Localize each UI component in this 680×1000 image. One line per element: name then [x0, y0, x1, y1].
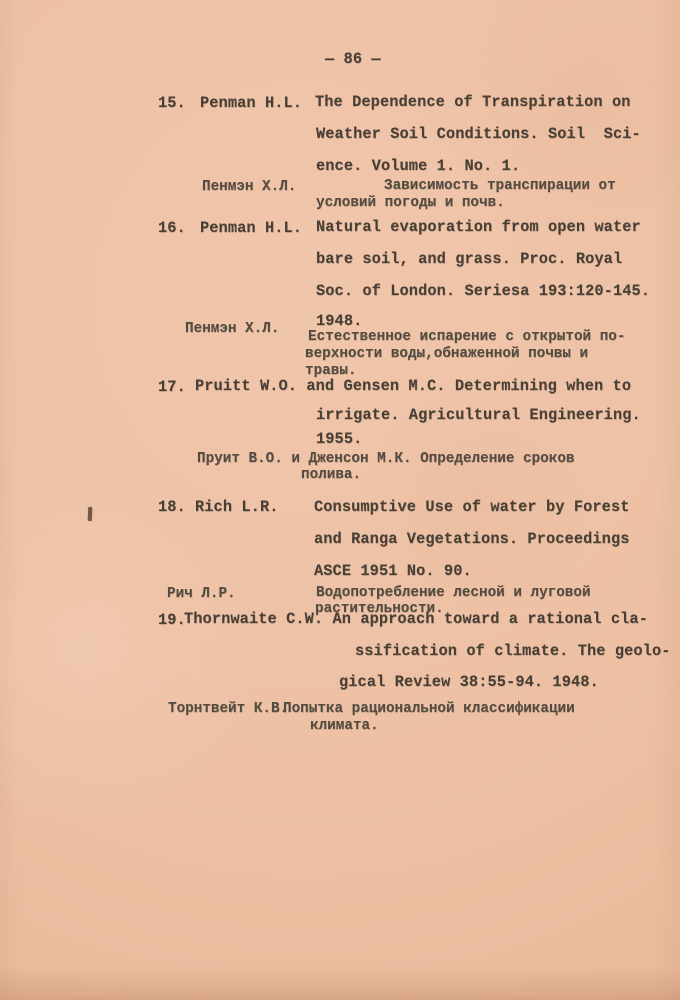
entry-18-translator: Рич Л.Р.: [167, 587, 236, 601]
entry-18-title-line: ASCE 1951 No. 90.: [314, 564, 472, 579]
entry-19-title-line: Thornwaite C.W. An approach toward a rat…: [184, 612, 648, 627]
ink-mark: [88, 507, 92, 521]
entry-19-russian-line: климата.: [310, 719, 379, 733]
entry-16-author: Penman H.L.: [200, 221, 302, 236]
entry-17-title-line: Pruitt W.O. and Gensen M.C. Determining …: [195, 379, 631, 394]
entry-19-title-line: gical Review 38:55-94. 1948.: [339, 675, 599, 690]
entry-16-title-line: 1948.: [316, 314, 362, 329]
entry-15-title-line: Weather Soil Conditions. Soil Sci-: [316, 127, 641, 142]
entry-15-author: Penman H.L.: [200, 96, 302, 111]
entry-18-title-line: Consumptive Use of water by Forest: [314, 500, 630, 515]
entry-17-title-line: irrigate. Agricultural Engineering.: [316, 408, 641, 423]
entry-17-title-line: 1955.: [316, 432, 362, 447]
entry-17-russian-line: Пруит В.О. и Дженсон М.К. Определение ср…: [197, 452, 575, 466]
entry-19-number: 19.: [158, 613, 186, 628]
entry-19-russian-line: Попытка рациональной классификации: [283, 702, 575, 716]
entry-15-russian-line: условий погоды и почв.: [316, 196, 505, 210]
entry-16-title-line: Natural evaporation from open water: [316, 220, 641, 235]
entry-19-title-line: ssification of climate. The geolo-: [355, 644, 671, 659]
page-number: — 86 —: [325, 52, 381, 67]
entry-16-title-line: bare soil, and grass. Proc. Royal: [316, 252, 622, 267]
entry-16-translator: Пенмэн Х.Л.: [185, 322, 279, 336]
entry-19-translator: Торнтвейт К.В.: [168, 702, 288, 716]
entry-18-title-line: and Ranga Vegetations. Proceedings: [314, 532, 630, 547]
entry-15-title-line: ence. Volume 1. No. 1.: [316, 159, 520, 174]
entry-17-number: 17.: [158, 380, 186, 395]
entry-18-russian-line: Водопотребление лесной и луговой: [316, 586, 591, 600]
entry-18-number: 18.: [158, 500, 186, 515]
entry-15-russian-line: Зависимость транспирации от: [384, 179, 616, 193]
entry-15-number: 15.: [158, 96, 186, 111]
entry-15-title-line: The Dependence of Transpiration on: [315, 95, 631, 110]
scanned-bibliography-page: — 86 — 15. Penman H.L. The Dependence of…: [0, 0, 680, 1000]
entry-18-author: Rich L.R.: [195, 500, 279, 515]
entry-16-russian-line: Естественное испарение с открытой по-: [308, 330, 625, 344]
entry-16-title-line: Soc. of London. Seriesa 193:120-145.: [316, 284, 650, 299]
entry-16-number: 16.: [158, 221, 186, 236]
entry-17-russian-line: полива.: [301, 468, 361, 482]
entry-16-russian-line: верхности воды,обнаженной почвы и: [305, 347, 588, 361]
entry-15-translator: Пенмэн Х.Л.: [202, 180, 296, 194]
